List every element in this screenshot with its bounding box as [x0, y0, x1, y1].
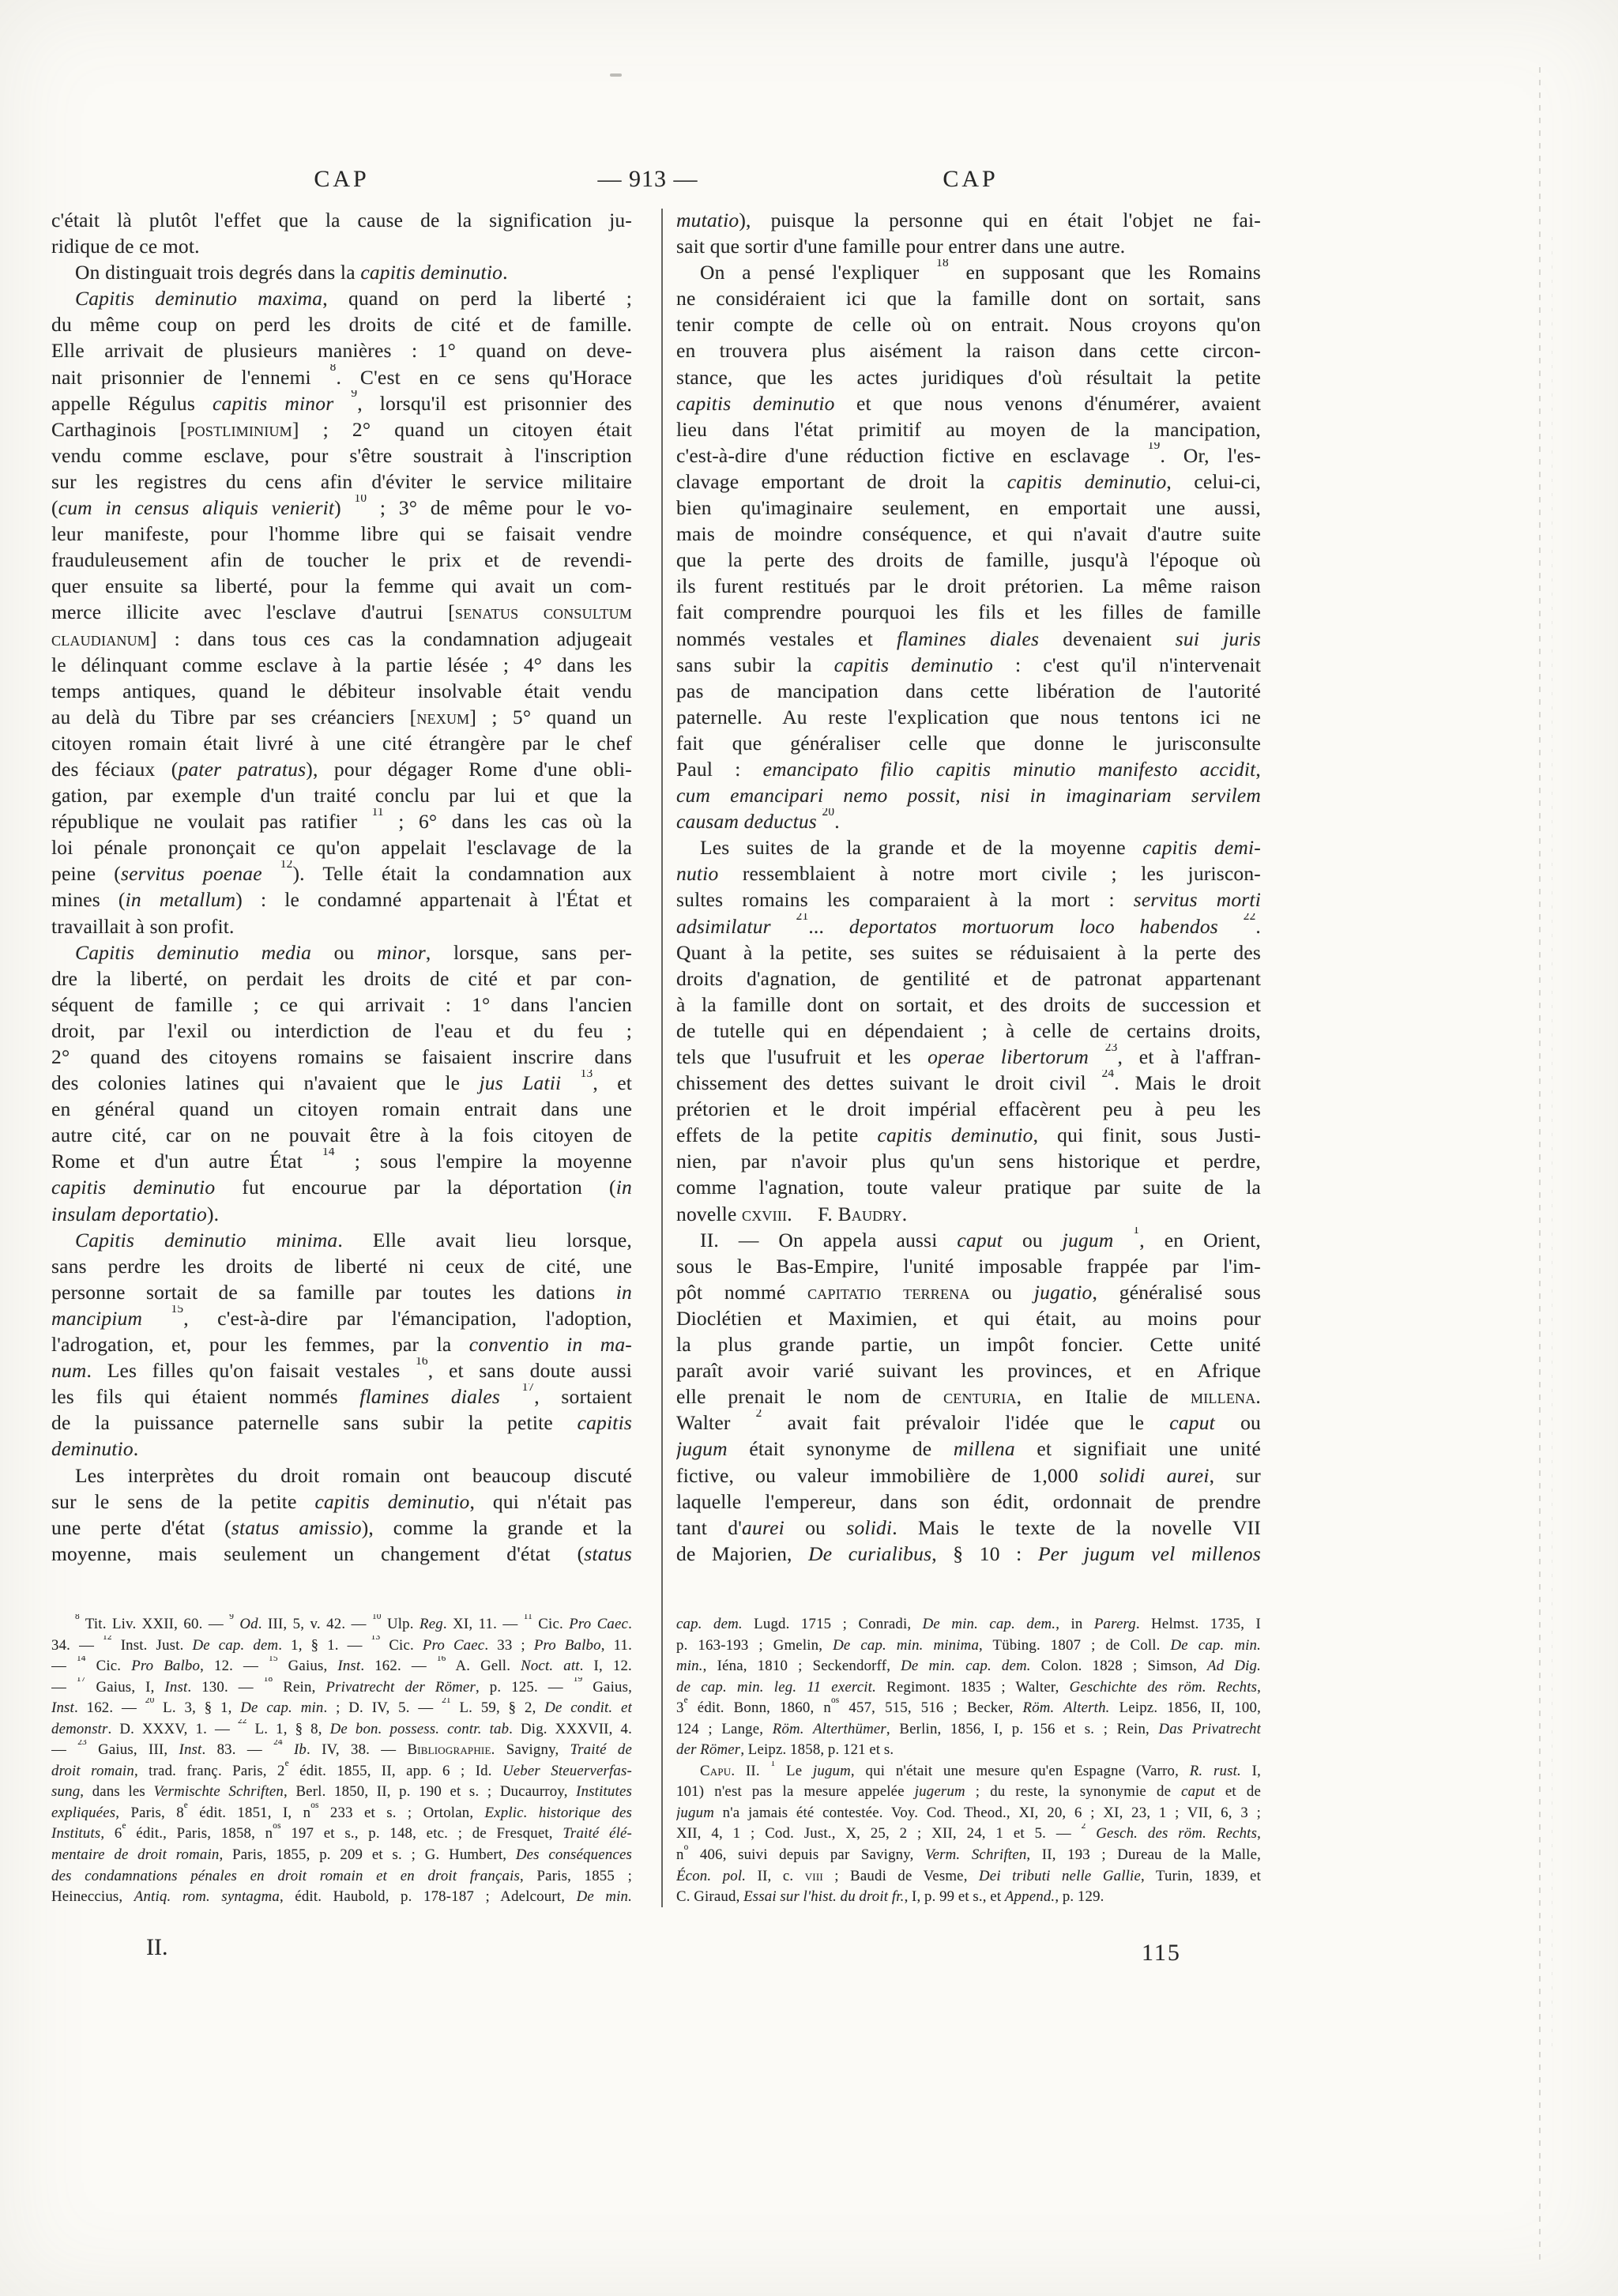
body-text-line: loi pénale prononçait ce qu'on appelait …	[51, 834, 632, 860]
footnote-line: 8 Tit. Liv. XXII, 60. — 9 Od. III, 5, v.…	[51, 1614, 632, 1635]
body-text-line: peine (servitus poenae 12). Telle était …	[51, 860, 632, 886]
body-text-line: capitis deminutio fut encourue par la dé…	[51, 1174, 632, 1200]
footnote-line: 124 ; Lange, Röm. Alterthümer, Berlin, 1…	[676, 1719, 1261, 1741]
body-text-line: séquent de famille ; ce qui arrivait : 1…	[51, 992, 632, 1018]
body-text-line: nutio ressemblaient à notre mort civile …	[676, 860, 1261, 886]
footnote-line: der Römer, Leipz. 1858, p. 121 et s.	[676, 1740, 1261, 1761]
body-text-line: mais de moindre conséquence, et qui n'av…	[676, 521, 1261, 547]
body-text-line: sous le Bas-Empire, l'unité imposable fr…	[676, 1253, 1261, 1279]
body-text-line: droit, par l'exil ou interdiction de l'e…	[51, 1018, 632, 1044]
footnote-line: — 23 Gaius, III, Inst. 83. — 24 Ib. IV, …	[51, 1740, 632, 1761]
body-text-line: l'adrogation, et, pour les femmes, par l…	[51, 1331, 632, 1357]
body-text-line: prétorien et le droit impérial effacèren…	[676, 1096, 1261, 1122]
body-text-line: On a pensé l'expliquer 18 en supposant q…	[676, 259, 1261, 285]
body-text-line: novelle cxviii. F. Baudry.	[676, 1201, 1261, 1227]
body-text-line: nommés vestales et flamines diales deven…	[676, 626, 1261, 652]
body-text-line: c'est-à-dire d'une réduction fictive en …	[676, 442, 1261, 469]
body-text-line: paraît avoir varié suivant les provinces…	[676, 1357, 1261, 1383]
body-text-line: ne considéraient ici que la famille dont…	[676, 285, 1261, 311]
running-head-right: CAP	[890, 166, 1052, 198]
body-text-line: Capitis deminutio minima. Elle avait lie…	[51, 1227, 632, 1253]
body-text-line: merce illicite avec l'esclave d'autrui […	[51, 599, 632, 625]
footnote-line: Inst. 162. — 20 L. 3, § 1, De cap. min. …	[51, 1698, 632, 1719]
body-text-line: que la perte des droits de famille, jusq…	[676, 547, 1261, 573]
body-text-line: chissement des dettes suivant le droit c…	[676, 1070, 1261, 1096]
footnote-line: 101) n'est pas la mesure appelée jugerum…	[676, 1782, 1261, 1803]
page-edge-artifact	[1539, 67, 1541, 2264]
body-text-line: la plus grande partie, un impôt foncier.…	[676, 1331, 1261, 1357]
footnote-line: — 17 Gaius, I, Inst. 130. — 18 Rein, Pri…	[51, 1677, 632, 1699]
body-text-line: capitis deminutio et que nous venons d'é…	[676, 390, 1261, 416]
body-text-line: temps antiques, quand le débiteur insolv…	[51, 678, 632, 704]
body-text-line: des féciaux (pater patratus), pour dégag…	[51, 756, 632, 782]
body-text-line: fait que généraliser celle que donne le …	[676, 730, 1261, 756]
footnote-line: min., Iéna, 1810 ; Seckendorff, De min. …	[676, 1656, 1261, 1677]
body-text-line: moyenne, mais seulement un changement d'…	[51, 1541, 632, 1567]
footnote-line: demonstr. D. XXXV, 1. — 22 L. 1, § 8, De…	[51, 1719, 632, 1741]
body-text-line: leur manifeste, pour l'homme libre qui s…	[51, 521, 632, 547]
body-text-line: Les suites de la grande et de la moyenne…	[676, 834, 1261, 860]
body-text-line: fictive, ou valeur immobilière de 1,000 …	[676, 1462, 1261, 1489]
body-text-line: à la famille dont on sortait, et des dro…	[676, 992, 1261, 1018]
right-column-body-text: mutatio), puisque la personne qui en éta…	[676, 207, 1261, 1567]
page-edge-artifact-faint	[1552, 237, 1552, 2054]
body-text-line: tant d'aurei ou solidi. Mais le texte de…	[676, 1515, 1261, 1541]
body-text-line: au delà du Tibre par ses créanciers [nex…	[51, 704, 632, 730]
body-text-line: sans perdre les droits de liberté ni ceu…	[51, 1253, 632, 1279]
body-text-line: nait prisonnier de l'ennemi 8. C'est en …	[51, 364, 632, 390]
footnote-line: XII, 4, 1 ; Cod. Just., X, 25, 2 ; XII, …	[676, 1824, 1261, 1845]
body-text-line: en trouvera plus aisément la raison dans…	[676, 337, 1261, 363]
footnote-line: de cap. min. leg. 11 exercit. Regimont. …	[676, 1677, 1261, 1699]
body-text-line: stance, que les actes juridiques d'où ré…	[676, 364, 1261, 390]
body-text-line: insulam deportatio).	[51, 1201, 632, 1227]
body-text-line: cum emancipari nemo possit, nisi in imag…	[676, 782, 1261, 808]
body-text-line: gation, par exemple d'un traité conclu p…	[51, 782, 632, 808]
body-text-line: sait que sortir d'une famille pour entre…	[676, 233, 1261, 259]
right-column-footnotes: cap. dem. Lugd. 1715 ; Conradi, De min. …	[676, 1614, 1261, 1908]
body-text-line: bien qu'imaginaire seulement, en emporta…	[676, 495, 1261, 521]
running-head-left: CAP	[261, 166, 423, 198]
body-text-line: On distinguait trois degrés dans la capi…	[51, 259, 632, 285]
footnote-line: Heineccius, Antiq. rom. syntagma, édit. …	[51, 1887, 632, 1908]
body-text-line: clavage emportant de droit la capitis de…	[676, 469, 1261, 495]
body-text-line: effets de la petite capitis deminutio, q…	[676, 1122, 1261, 1148]
footnote-line: Instituts, 6e édit., Paris, 1858, nos 19…	[51, 1824, 632, 1845]
body-text-line: tenir compte de celle où on entrait. Nou…	[676, 311, 1261, 337]
body-text-line: mutatio), puisque la personne qui en éta…	[676, 207, 1261, 233]
body-text-line: autre cité, car on ne pouvait être à la …	[51, 1122, 632, 1148]
footnote-line: droit romain, trad. franç. Paris, 2e édi…	[51, 1761, 632, 1782]
body-text-line: sur le sens de la petite capitis deminut…	[51, 1489, 632, 1515]
body-text-line: sultes romains les comparaient à la mort…	[676, 886, 1261, 913]
body-text-line: appelle Régulus capitis minor 9, lorsqu'…	[51, 390, 632, 416]
body-text-line: citoyen romain était livré à une cité ét…	[51, 730, 632, 756]
body-text-line: 2° quand des citoyens romains se faisaie…	[51, 1044, 632, 1070]
body-text-line: Rome et d'un autre État 14 ; sous l'empi…	[51, 1148, 632, 1174]
body-text-line: num. Les filles qu'on faisait vestales 1…	[51, 1357, 632, 1383]
footnote-line: mentaire de droit romain, Paris, 1855, p…	[51, 1845, 632, 1866]
body-text-line: ridique de ce mot.	[51, 233, 632, 259]
body-text-line: frauduleusement afin de toucher le prix …	[51, 547, 632, 573]
footnote-line: C. Giraud, Essai sur l'hist. du droit fr…	[676, 1887, 1261, 1908]
body-text-line: le délinquant comme esclave à la partie …	[51, 652, 632, 678]
body-text-line: sans subir la capitis deminutio : c'est …	[676, 652, 1261, 678]
body-text-line: adsimilatur 21... deportatos mortuorum l…	[676, 913, 1261, 939]
body-text-line: quer ensuite sa liberté, pour la femme q…	[51, 573, 632, 599]
footnote-line: Capu. II. 1 Le jugum, qui n'était une me…	[676, 1761, 1261, 1782]
page-number-header: — 913 —	[529, 166, 766, 198]
body-text-line: elle prenait le nom de centuria, en Ital…	[676, 1383, 1261, 1410]
scan-speck-artifact	[610, 73, 622, 77]
body-text-line: vendu comme esclave, pour s'être soustra…	[51, 442, 632, 469]
body-text-line: Elle arrivait de plusieurs manières : 1°…	[51, 337, 632, 363]
footnote-line: 3e édit. Bonn, 1860, nos 457, 515, 516 ;…	[676, 1698, 1261, 1719]
body-text-line: Dioclétien et Maximien, et qui était, au…	[676, 1305, 1261, 1331]
body-text-line: causam deductus 20.	[676, 808, 1261, 834]
body-text-line: comme l'agnation, toute valeur pratique …	[676, 1174, 1261, 1200]
body-text-line: nien, par n'avoir plus qu'un sens histor…	[676, 1148, 1261, 1174]
body-text-line: mancipium 15, c'est-à-dire par l'émancip…	[51, 1305, 632, 1331]
body-text-line: c'était là plutôt l'effet que la cause d…	[51, 207, 632, 233]
body-text-line: de tutelle qui en dépendaient ; à celle …	[676, 1018, 1261, 1044]
body-text-line: Paul : emancipato filio capitis minutio …	[676, 756, 1261, 782]
body-text-line: personne sortait de sa famille par toute…	[51, 1279, 632, 1305]
footnote-line: des condamnations pénales en droit romai…	[51, 1866, 632, 1888]
body-text-line: II. — On appela aussi caput ou jugum 1, …	[676, 1227, 1261, 1253]
footnote-line: cap. dem. Lugd. 1715 ; Conradi, De min. …	[676, 1614, 1261, 1635]
body-text-line: claudianum] : dans tous ces cas la conda…	[51, 626, 632, 652]
body-text-line: fait comprendre pourquoi les fils et les…	[676, 599, 1261, 625]
body-text-line: une perte d'état (status amissio), comme…	[51, 1515, 632, 1541]
body-text-line: mines (in metallum) : le condamné appart…	[51, 886, 632, 913]
body-text-line: Capitis deminutio maxima, quand on perd …	[51, 285, 632, 311]
body-text-line: de la puissance paternelle sans subir la…	[51, 1410, 632, 1436]
body-text-line: pôt nommé capitatio terrena ou jugatio, …	[676, 1279, 1261, 1305]
body-text-line: ils furent restitués par le droit prétor…	[676, 573, 1261, 599]
footnote-line: sung, dans les Vermischte Schriften, Ber…	[51, 1782, 632, 1803]
body-text-line: Quant à la petite, ses suites se réduisa…	[676, 939, 1261, 965]
footnote-line: expliquées, Paris, 8e édit. 1851, I, nos…	[51, 1803, 632, 1824]
body-text-line: des colonies latines qui n'avaient que l…	[51, 1070, 632, 1096]
body-text-line: Carthaginois [postliminium] ; 2° quand u…	[51, 416, 632, 442]
body-text-line: tels que l'usufruit et les operae libert…	[676, 1044, 1261, 1070]
body-text-line: les fils qui étaient nommés flamines dia…	[51, 1383, 632, 1410]
body-text-line: deminutio.	[51, 1436, 632, 1462]
body-text-line: Capitis deminutio media ou minor, lorsqu…	[51, 939, 632, 965]
body-text-line: Walter 2 avait fait prévaloir l'idée que…	[676, 1410, 1261, 1436]
sheet-signature: 115	[1142, 1940, 1181, 1967]
body-text-line: lieu dans l'état primitif au moyen de la…	[676, 416, 1261, 442]
footnote-line: jugum n'a jamais été contestée. Voy. Cod…	[676, 1803, 1261, 1824]
body-text-line: dre la liberté, on perdait les droits de…	[51, 965, 632, 992]
body-text-line: sur les registres du cens afin d'éviter …	[51, 469, 632, 495]
body-text-line: paternelle. Au reste l'explication que n…	[676, 704, 1261, 730]
scanned-book-page: CAP — 913 — CAP c'était là plutôt l'effe…	[0, 0, 1618, 2296]
footnote-line: no 406, suivi depuis par Savigny, Verm. …	[676, 1845, 1261, 1866]
left-column-body-text: c'était là plutôt l'effet que la cause d…	[51, 207, 632, 1567]
footnote-line: 34. — 12 Inst. Just. De cap. dem. 1, § 1…	[51, 1635, 632, 1657]
left-column-footnotes: 8 Tit. Liv. XXII, 60. — 9 Od. III, 5, v.…	[51, 1614, 632, 1908]
column-divider-rule	[661, 209, 663, 1907]
body-text-line: république ne voulait pas ratifier 11 ; …	[51, 808, 632, 834]
body-text-line: Les interprètes du droit romain ont beau…	[51, 1462, 632, 1489]
footnote-line: p. 163-193 ; Gmelin, De cap. min. minima…	[676, 1635, 1261, 1657]
body-text-line: pas de mancipation dans cette libération…	[676, 678, 1261, 704]
body-text-line: jugum était synonyme de millena et signi…	[676, 1436, 1261, 1462]
body-text-line: travaillait à son profit.	[51, 913, 632, 939]
volume-signature: II.	[146, 1934, 167, 1961]
body-text-line: de Majorien, De curialibus, § 10 : Per j…	[676, 1541, 1261, 1567]
body-text-line: en général quand un citoyen romain entra…	[51, 1096, 632, 1122]
body-text-line: droits d'agnation, de gentilité et de pa…	[676, 965, 1261, 992]
footnote-line: Écon. pol. II, c. viii ; Baudi de Vesme,…	[676, 1866, 1261, 1888]
body-text-line: du même coup on perd les droits de cité …	[51, 311, 632, 337]
footnote-line: — 14 Cic. Pro Balbo, 12. — 15 Gaius, Ins…	[51, 1656, 632, 1677]
body-text-line: laquelle l'empereur, dans son édit, ordo…	[676, 1489, 1261, 1515]
body-text-line: (cum in census aliquis venierit) 10 ; 3°…	[51, 495, 632, 521]
